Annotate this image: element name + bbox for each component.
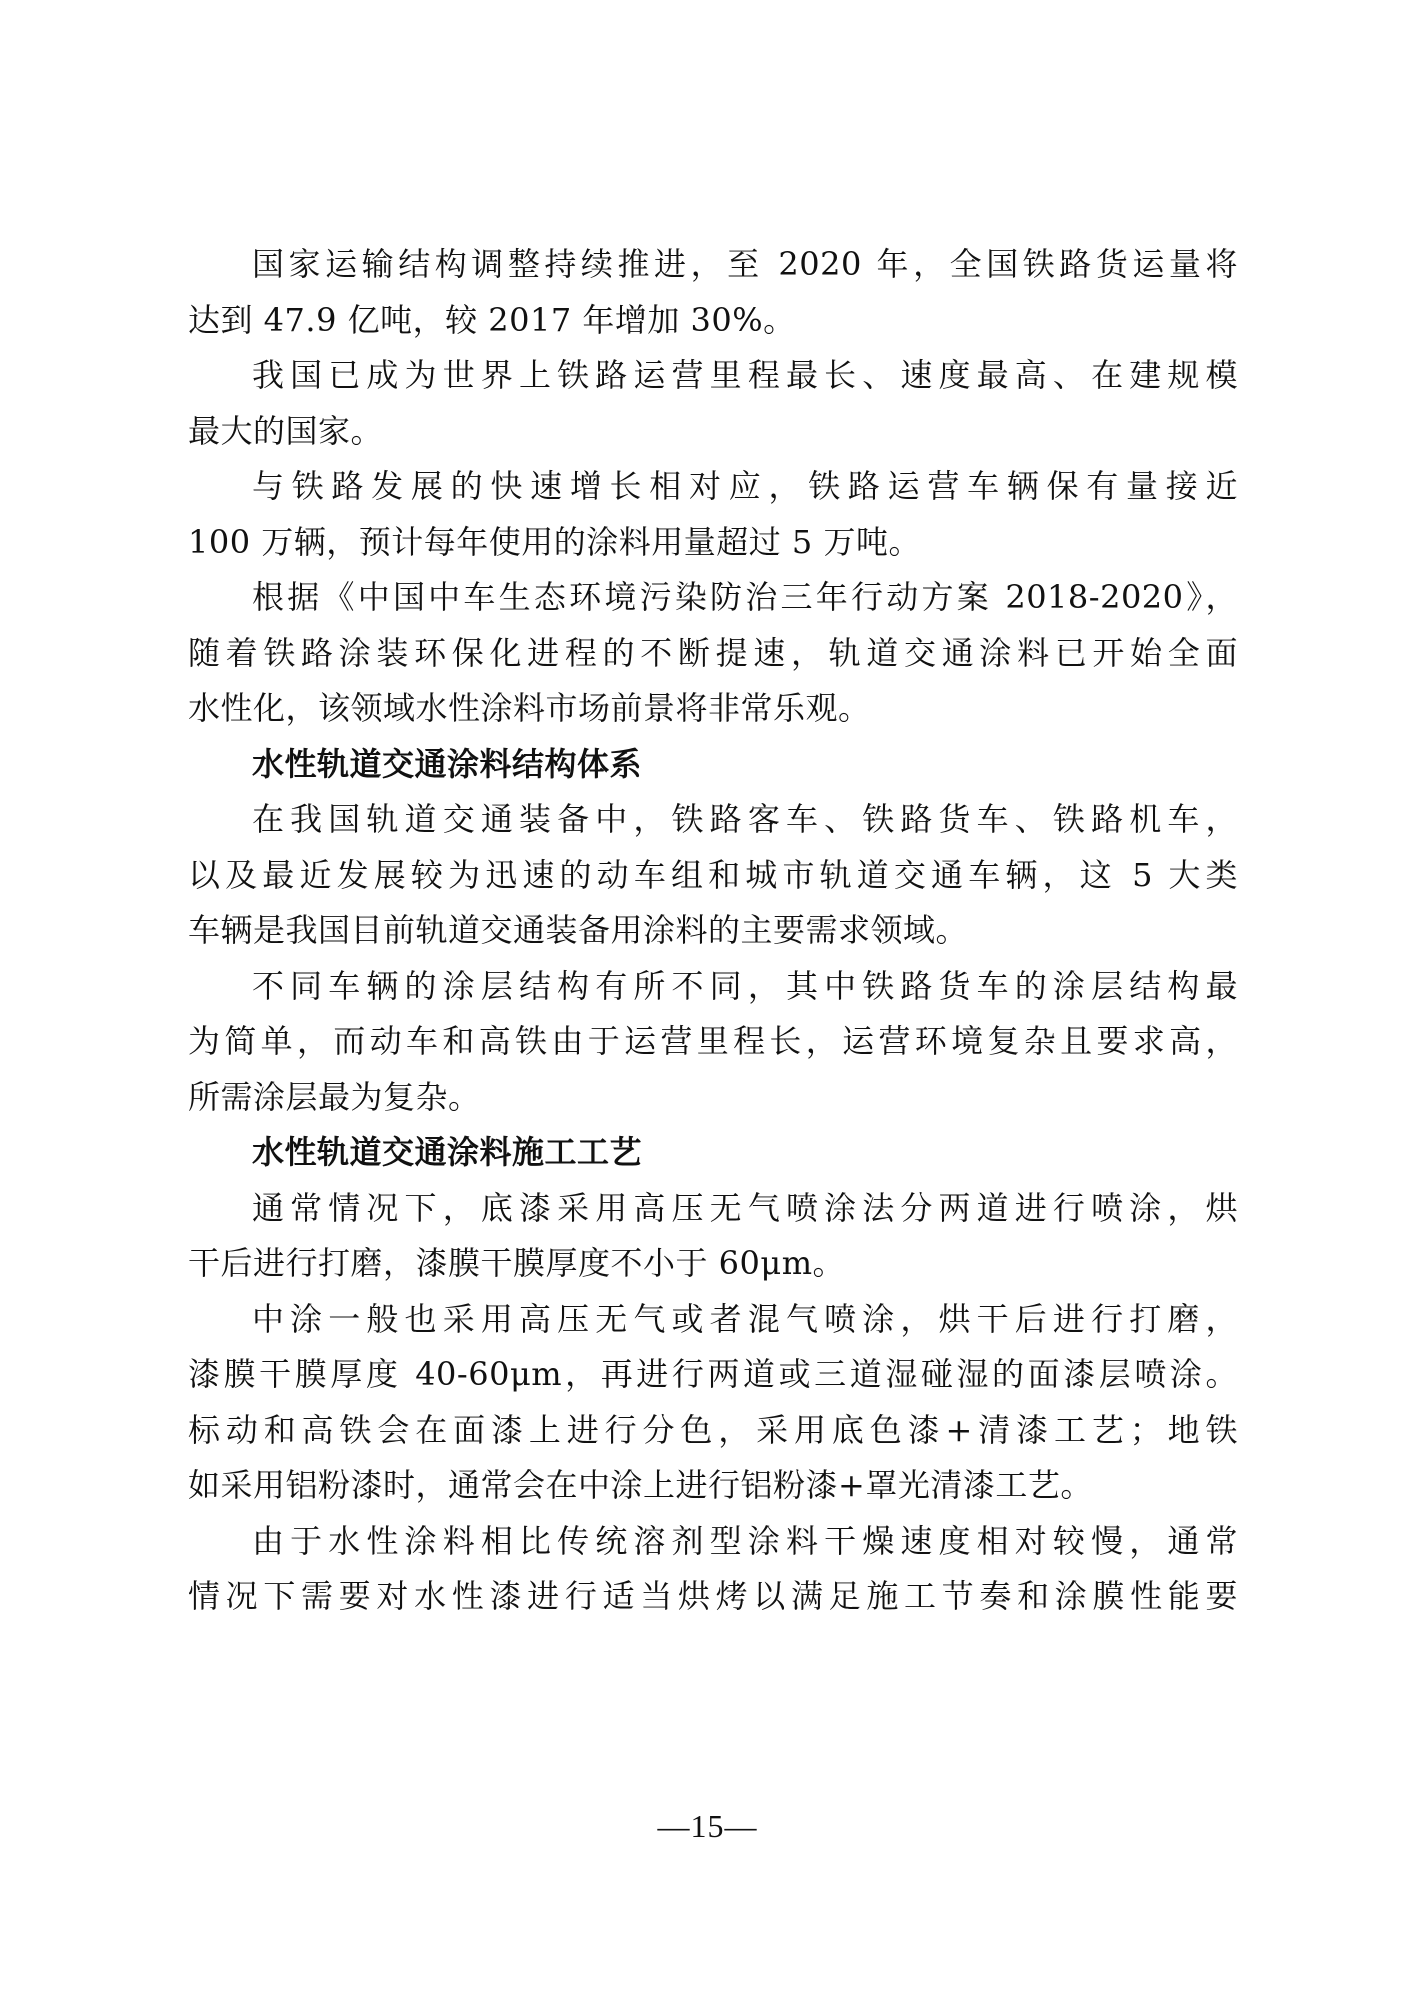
paragraph: 中涂一般也采用高压无气或者混气喷涂，烘干后进行打磨， 漆膜干膜厚度 40-60μ… (188, 1292, 1238, 1514)
text-line: 由于水性涂料相比传统溶剂型涂料干燥速度相对较慢，通常 (188, 1514, 1238, 1570)
text-line: 标动和高铁会在面漆上进行分色，采用底色漆+清漆工艺；地铁 (188, 1403, 1238, 1459)
text-line: 情况下需要对水性漆进行适当烘烤以满足施工节奏和涂膜性能要 (188, 1569, 1238, 1625)
text-line: 最大的国家。 (188, 404, 1238, 460)
paragraph: 由于水性涂料相比传统溶剂型涂料干燥速度相对较慢，通常 情况下需要对水性漆进行适当… (188, 1514, 1238, 1625)
text-line: 为简单，而动车和高铁由于运营里程长，运营环境复杂且要求高， (188, 1014, 1238, 1070)
text-line: 干后进行打磨，漆膜干膜厚度不小于 60μm。 (188, 1236, 1238, 1292)
text-line: 以及最近发展较为迅速的动车组和城市轨道交通车辆，这 5 大类 (188, 848, 1238, 904)
text-line: 在我国轨道交通装备中，铁路客车、铁路货车、铁路机车， (188, 792, 1238, 848)
text-line: 100 万辆，预计每年使用的涂料用量超过 5 万吨。 (188, 515, 1238, 571)
paragraph: 国家运输结构调整持续推进，至 2020 年，全国铁路货运量将 达到 47.9 亿… (188, 237, 1238, 348)
paragraph: 通常情况下，底漆采用高压无气喷涂法分两道进行喷涂，烘 干后进行打磨，漆膜干膜厚度… (188, 1181, 1238, 1292)
document-page: 国家运输结构调整持续推进，至 2020 年，全国铁路货运量将 达到 47.9 亿… (188, 237, 1238, 1625)
page-number: —15— (0, 1808, 1415, 1845)
text-line: 车辆是我国目前轨道交通装备用涂料的主要需求领域。 (188, 903, 1238, 959)
section-heading: 水性轨道交通涂料结构体系 (188, 737, 1238, 793)
text-line: 漆膜干膜厚度 40-60μm，再进行两道或三道湿碰湿的面漆层喷涂。 (188, 1347, 1238, 1403)
paragraph: 根据《中国中车生态环境污染防治三年行动方案 2018-2020》， 随着铁路涂装… (188, 570, 1238, 737)
text-line: 我国已成为世界上铁路运营里程最长、速度最高、在建规模 (188, 348, 1238, 404)
text-line: 不同车辆的涂层结构有所不同，其中铁路货车的涂层结构最 (188, 959, 1238, 1015)
text-line: 随着铁路涂装环保化进程的不断提速，轨道交通涂料已开始全面 (188, 626, 1238, 682)
text-line: 达到 47.9 亿吨，较 2017 年增加 30%。 (188, 293, 1238, 349)
paragraph: 我国已成为世界上铁路运营里程最长、速度最高、在建规模 最大的国家。 (188, 348, 1238, 459)
paragraph: 在我国轨道交通装备中，铁路客车、铁路货车、铁路机车， 以及最近发展较为迅速的动车… (188, 792, 1238, 959)
text-line: 中涂一般也采用高压无气或者混气喷涂，烘干后进行打磨， (188, 1292, 1238, 1348)
text-line: 根据《中国中车生态环境污染防治三年行动方案 2018-2020》， (188, 570, 1238, 626)
paragraph: 与铁路发展的快速增长相对应，铁路运营车辆保有量接近 100 万辆，预计每年使用的… (188, 459, 1238, 570)
section-heading: 水性轨道交通涂料施工工艺 (188, 1125, 1238, 1181)
text-line: 与铁路发展的快速增长相对应，铁路运营车辆保有量接近 (188, 459, 1238, 515)
text-line: 水性化，该领域水性涂料市场前景将非常乐观。 (188, 681, 1238, 737)
text-line: 通常情况下，底漆采用高压无气喷涂法分两道进行喷涂，烘 (188, 1181, 1238, 1237)
text-line: 如采用铝粉漆时，通常会在中涂上进行铝粉漆+罩光清漆工艺。 (188, 1458, 1238, 1514)
paragraph: 不同车辆的涂层结构有所不同，其中铁路货车的涂层结构最 为简单，而动车和高铁由于运… (188, 959, 1238, 1126)
text-line: 所需涂层最为复杂。 (188, 1070, 1238, 1126)
text-line: 国家运输结构调整持续推进，至 2020 年，全国铁路货运量将 (188, 237, 1238, 293)
